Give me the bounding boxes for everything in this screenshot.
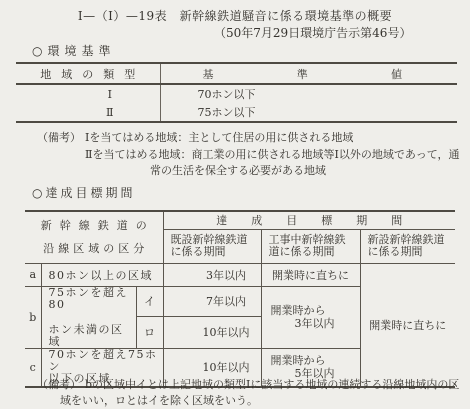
new-line-header-line2: に係る期間 [368, 246, 456, 259]
env-standard-note: （備考）Ⅰを当てはめる地域：主として住居の用に供される地域 Ⅱを当てはめる地域：… [37, 130, 460, 180]
row-b-submark-ro: ロ [136, 316, 163, 348]
goal-period-group-header: 達成目標期間 [163, 211, 455, 229]
document-page: Ⅰ—（Ⅰ）—19表 新幹線鉄道騒音に係る環境基準の概要 （50年7月29日環境庁… [0, 0, 470, 409]
note-line: 常の生活を保全する必要がある地域 [150, 163, 460, 180]
note-text: bの区域中イとは上記地域の類型Ⅰに該当する地域の連続する沿線地域内の区 [85, 378, 459, 391]
zone-category-header-line2: 沿線区域の区分 [25, 242, 163, 255]
row-b-letter: b [25, 286, 41, 348]
new-line-period-merged: 開業時に直ちに [360, 263, 455, 387]
row-b-zone-line2: ホン未満の区域 [49, 324, 136, 348]
row-b-submark-i: イ [136, 286, 163, 316]
standard-value-header-char: 準 [297, 66, 308, 82]
existing-line-header-line2: に係る期間 [171, 246, 261, 259]
standard-value-header-char: 基 [203, 66, 214, 82]
region-type-1: Ⅰ [16, 84, 160, 103]
existing-line-header: 既設新幹線鉄道 に係る期間 [163, 229, 261, 263]
row-b-construction-period: 開業時から 3年以内 [261, 286, 360, 348]
goal-period-table: 新幹線鉄道の 沿線区域の区分 達成目標期間 既設新幹線鉄道 に係る期間 工事中新… [25, 210, 455, 388]
row-c-zone-line1: 70ホンを超え75ホン [49, 349, 163, 373]
standard-value-1: 70ホン以下 [160, 84, 457, 103]
note-line: （備考）Ⅰを当てはめる地域：主として住居の用に供される地域 [37, 130, 460, 147]
document-title: Ⅰ—（Ⅰ）—19表 新幹線鉄道騒音に係る環境基準の概要 [0, 7, 470, 24]
goal-period-note: （備考）bの区域中イとは上記地域の類型Ⅰに該当する地域の連続する沿線地域内の区 … [37, 377, 459, 409]
zone-category-header: 新幹線鉄道の 沿線区域の区分 [25, 211, 163, 263]
standard-value-header-char: 値 [391, 66, 402, 82]
document-subtitle: （50年7月29日環境庁告示第46号） [214, 24, 411, 41]
row-a-existing-period: 3年以内 [163, 263, 261, 286]
note-text: Ⅰを当てはめる地域：主として住居の用に供される地域 [85, 131, 353, 144]
region-type-2: Ⅱ [16, 103, 160, 122]
standard-value-header: 基 準 値 [160, 63, 457, 84]
note-line: 域をいい，ロとはイを除く区域をいう。 [60, 393, 459, 409]
zone-category-header-line1: 新幹線鉄道の [25, 219, 163, 232]
row-a-letter: a [25, 263, 41, 286]
row-b-zone: 75ホンを超え80 ホン未満の区域 [41, 286, 136, 348]
region-type-header: 地域の類型 [16, 63, 160, 84]
row-c-construction-line1: 開業時から [262, 354, 360, 367]
under-construction-line-header-line2: 道に係る期間 [269, 246, 360, 259]
row-b-zone-line1: 75ホンを超え80 [49, 287, 136, 311]
table-row-a: a 80ホン以上の区域 3年以内 開業時に直ちに 開業時に直ちに [25, 263, 455, 286]
row-b-ro-existing-period: 10年以内 [163, 316, 261, 348]
table-row: Ⅰ 70ホン以下 [16, 84, 457, 103]
note-label: （備考） [37, 378, 81, 391]
section-env-standard-label: ○環境基準 [32, 42, 115, 59]
row-b-construction-line1: 開業時から [262, 304, 360, 317]
section-goal-period-label: ○達成目標期間 [32, 184, 135, 201]
note-label: （備考） [37, 131, 81, 144]
row-b-i-existing-period: 7年以内 [163, 286, 261, 316]
row-a-zone: 80ホン以上の区域 [41, 263, 163, 286]
row-a-construction-period: 開業時に直ちに [261, 263, 360, 286]
under-construction-line-header: 工事中新幹線鉄 道に係る期間 [261, 229, 360, 263]
standard-value-2: 75ホン以下 [160, 103, 457, 122]
new-line-header: 新設新幹線鉄道 に係る期間 [360, 229, 455, 263]
table-row: Ⅱ 75ホン以下 [16, 103, 457, 122]
note-line: Ⅱを当てはめる地域：商工業の用に供される地域等Ⅰ以外の地域であって，通 [85, 147, 460, 164]
env-standard-table: 地域の類型 基 準 値 Ⅰ 70ホン以下 Ⅱ 75ホン以下 [16, 62, 457, 123]
goal-table-header-row-1: 新幹線鉄道の 沿線区域の区分 達成目標期間 [25, 211, 455, 229]
note-line: （備考）bの区域中イとは上記地域の類型Ⅰに該当する地域の連続する沿線地域内の区 [37, 377, 459, 393]
env-standard-header-row: 地域の類型 基 準 値 [16, 63, 457, 84]
row-b-construction-line2: 3年以内 [262, 317, 360, 330]
